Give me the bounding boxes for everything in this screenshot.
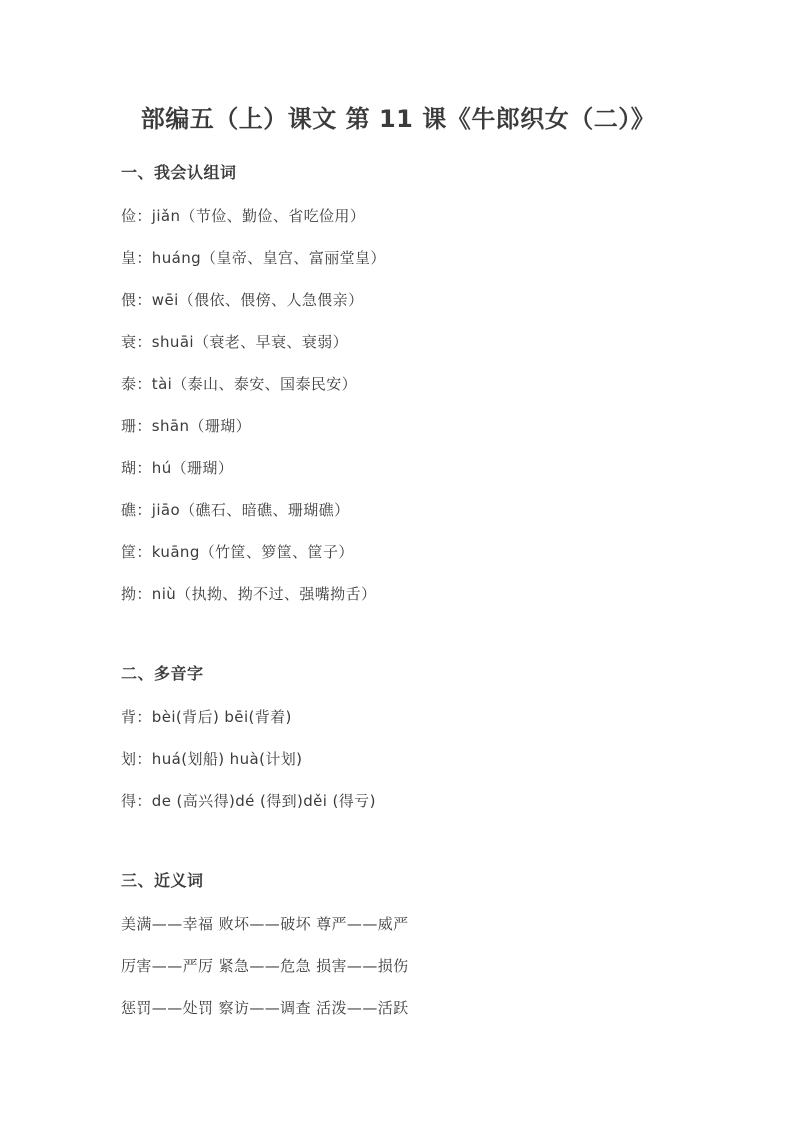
section-synonyms: 三、近义词 美满——幸福 败坏——破坏 尊严——威严 厉害——严厉 紧急——危急… <box>121 872 675 1016</box>
polyphone-entry: 划：huá(划船) huà(计划) <box>121 751 675 767</box>
word-entry: 衰：shuāi（衰老、早衰、衰弱） <box>121 334 675 350</box>
section-polyphonic-characters-heading: 二、多音字 <box>121 665 675 683</box>
section-synonyms-heading: 三、近义词 <box>121 872 675 890</box>
synonym-row: 惩罚——处罚 察访——调查 活泼——活跃 <box>121 1000 675 1016</box>
word-entry: 俭：jiǎn（节俭、勤俭、省吃俭用） <box>121 208 675 224</box>
document-page: 部编五（上）课文 第 11 课《牛郎织女（二）》 一、我会认组词 俭：jiǎn（… <box>0 0 793 1122</box>
polyphone-entry: 背：bèi(背后) bēi(背着) <box>121 709 675 725</box>
section-polyphonic-characters: 二、多音字 背：bèi(背后) bēi(背着) 划：huá(划船) huà(计划… <box>121 665 675 809</box>
word-entry: 珊：shān（珊瑚） <box>121 418 675 434</box>
word-entry: 礁：jiāo（礁石、暗礁、珊瑚礁） <box>121 502 675 518</box>
word-entry: 拗：niù（执拗、拗不过、强嘴拗舌） <box>121 586 675 602</box>
section-word-recognition: 一、我会认组词 俭：jiǎn（节俭、勤俭、省吃俭用） 皇：huáng（皇帝、皇宫… <box>121 164 675 602</box>
word-entry: 偎：wēi（偎依、偎傍、人急偎亲） <box>121 292 675 308</box>
word-entry: 瑚：hú（珊瑚） <box>121 460 675 476</box>
word-entry: 泰：tài（泰山、泰安、国泰民安） <box>121 376 675 392</box>
word-entry: 皇：huáng（皇帝、皇宫、富丽堂皇） <box>121 250 675 266</box>
word-entry: 筐：kuāng（竹筐、箩筐、筐子） <box>121 544 675 560</box>
polyphone-entry: 得：de (高兴得)dé (得到)děi (得亏) <box>121 793 675 809</box>
synonym-row: 美满——幸福 败坏——破坏 尊严——威严 <box>121 916 675 932</box>
synonym-row: 厉害——严厉 紧急——危急 损害——损伤 <box>121 958 675 974</box>
section-word-recognition-heading: 一、我会认组词 <box>121 164 675 182</box>
document-title: 部编五（上）课文 第 11 课《牛郎织女（二）》 <box>121 105 675 133</box>
